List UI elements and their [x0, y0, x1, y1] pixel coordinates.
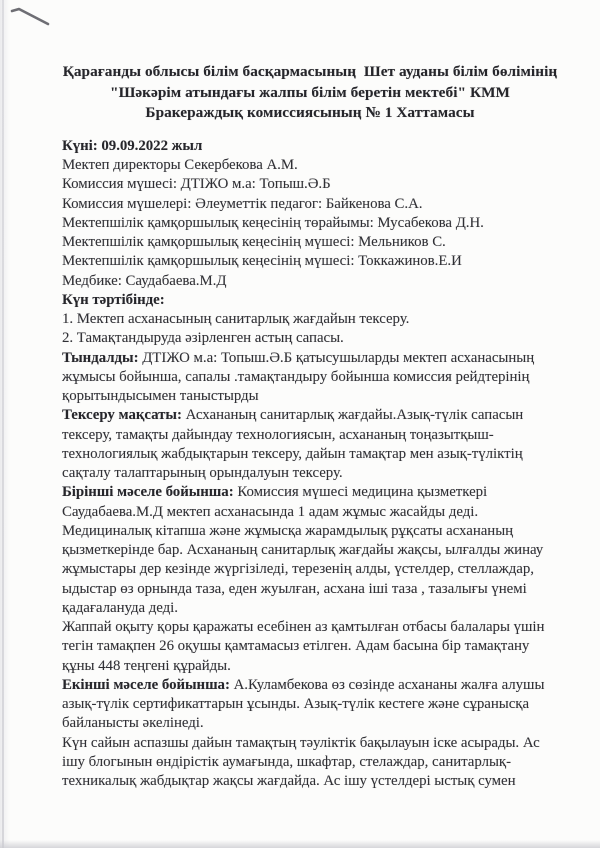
title-line-school: "Шәкәрім атындағы жалпы білім беретін ме…: [30, 83, 590, 104]
doc-line: жұмысы бойынша, сапалы .тамақтандыру бой…: [62, 368, 600, 387]
doc-line-agenda-item: 2. Тамақтандыруда әзірленген астың сапас…: [62, 329, 600, 348]
doc-line-date: Күні: 09.09.2022 жыл: [62, 137, 600, 156]
doc-line: техникалық жабдықтар жақсы жағдайда. Ас …: [62, 772, 600, 791]
doc-line: Мектеп директоры Секербекова А.М.: [62, 156, 600, 175]
document-title: Қарағанды облысы білім басқармасының Шет…: [30, 62, 590, 124]
doc-line: Комиссия мүшелері: Әлеуметтік педагог: Б…: [62, 195, 600, 214]
doc-line: ішу блогынын өндірістік аумағында, шкафт…: [62, 753, 600, 772]
doc-line: Комиссия мүшесі: ДТІЖО м.а: Топыш.Ә.Б: [62, 175, 600, 194]
doc-line: тексеру, тамақты дайындау технологиясын,…: [62, 426, 600, 445]
title-line-department: Қарағанды облысы білім басқармасының Шет…: [30, 62, 590, 83]
doc-line: Екінші мәселе бойынша: А.Куламбекова өз …: [62, 676, 600, 695]
doc-line: Медициналық кітапша және жұмысқа жарамды…: [62, 522, 600, 541]
doc-line: байланысты әкелінеді.: [62, 714, 600, 733]
title-line-protocol: Бракераждық комиссиясының № 1 Хаттамасы: [30, 103, 590, 124]
doc-line: Күн сайын аспазшы дайын тамақтың тәулікт…: [62, 734, 600, 753]
doc-line: технологиялық жабдықтарын тексеру, дайын…: [62, 445, 600, 464]
document-body: Күні: 09.09.2022 жыл Мектеп директоры Се…: [62, 137, 600, 792]
doc-line: сақталу талаптарының орындалуын тексеру.: [62, 464, 600, 483]
doc-line: Мектепшілік қамқоршылық кеңесінің төрайы…: [62, 214, 600, 233]
doc-line-agenda-item: 1. Мектеп асханасының санитарлық жағдайы…: [62, 310, 600, 329]
doc-line-agenda-heading: Күн тәртібінде:: [62, 291, 600, 310]
doc-line: Бірінші мәселе бойынша: Комиссия мүшесі …: [62, 483, 600, 502]
pen-mark-stroke: [7, 4, 59, 30]
doc-line: қызметкерінде бар. Асхананың санитарлық …: [62, 541, 600, 560]
doc-line: тегін тамақпен 26 оқушы қамтамасыз етілг…: [62, 637, 600, 656]
doc-line: ыдыстар өз орнында таза, еден жуылған, а…: [62, 580, 600, 599]
scanned-document-page: Қарағанды облысы білім басқармасының Шет…: [0, 0, 600, 848]
doc-line: қадағалануда деді.: [62, 599, 600, 618]
doc-line: Жаппай оқыту қоры қаражаты есебінен аз қ…: [62, 618, 600, 637]
doc-line: Тындалды: ДТІЖО м.а: Топыш.Ә.Б қатысушыл…: [62, 349, 600, 368]
doc-line: жұмыстары дер кезінде жүргізіледі, терез…: [62, 560, 600, 579]
doc-line: азық-түлік сертификаттарын ұсынды. Азық-…: [62, 695, 600, 714]
doc-line: Мектепшілік қамқоршылық кеңесінің мүшесі…: [62, 233, 600, 252]
doc-line: құны 448 теңгені құрайды.: [62, 657, 600, 676]
doc-line: қорытындысымен таныстырды: [62, 387, 600, 406]
doc-line: Саудабаева.М.Д мектеп асханасында 1 адам…: [62, 503, 600, 522]
scan-bottom-edge: [0, 840, 600, 848]
doc-line: Медбике: Саудабаева.М.Д: [62, 272, 600, 291]
doc-line: Мектепшілік қамқоршылық кеңесінің мүшесі…: [62, 252, 600, 271]
doc-line: Тексеру мақсаты: Асхананың санитарлық жа…: [62, 406, 600, 425]
